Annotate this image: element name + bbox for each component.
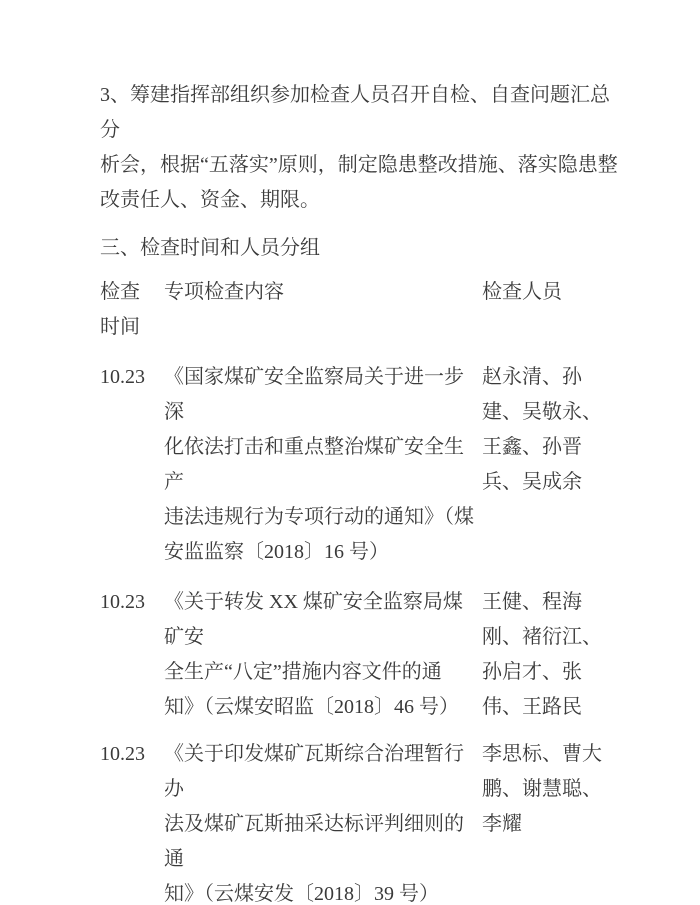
cell-time: 10.23 [100, 585, 164, 620]
document-page: 3、筹建指挥部组织参加检查人员召开自检、自查问题汇总分 析会，根据“五落实”原则… [0, 0, 700, 905]
table-row: 10.23 《国家煤矿安全监察局关于进一步深 化依法打击和重点整治煤矿安全生产 … [100, 360, 620, 570]
cell-personnel: 李思标、曹大 鹏、谢慧聪、 李耀 [482, 737, 620, 842]
table-row: 10.23 《关于印发煤矿瓦斯综合治理暂行办 法及煤矿瓦斯抽采达标评判细则的通 … [100, 737, 620, 905]
table-header-row: 检查 时间 专项检查内容 检查人员 [100, 275, 620, 345]
paragraph-item-3: 3、筹建指挥部组织参加检查人员召开自检、自查问题汇总分 析会，根据“五落实”原则… [100, 78, 622, 218]
header-cell-personnel: 检查人员 [482, 275, 620, 310]
cell-content: 《关于印发煤矿瓦斯综合治理暂行办 法及煤矿瓦斯抽采达标评判细则的通 知》（云煤安… [164, 737, 482, 905]
cell-personnel: 赵永清、孙 建、吴敬永、 王鑫、孙晋 兵、吴成余 [482, 360, 620, 500]
header-cell-content: 专项检查内容 [164, 275, 482, 310]
cell-time: 10.23 [100, 360, 164, 395]
table-row: 10.23 《关于转发 XX 煤矿安全监察局煤矿安 全生产“八定”措施内容文件的… [100, 585, 620, 725]
section-heading: 三、检查时间和人员分组 [100, 231, 620, 266]
schedule-table: 检查 时间 专项检查内容 检查人员 10.23 《国家煤矿安全监察局关于进一步深… [100, 275, 620, 905]
cell-time: 10.23 [100, 737, 164, 772]
cell-personnel: 王健、程海 刚、褚衍江、 孙启才、张 伟、王路民 [482, 585, 620, 725]
header-cell-time: 检查 时间 [100, 275, 164, 345]
cell-content: 《关于转发 XX 煤矿安全监察局煤矿安 全生产“八定”措施内容文件的通 知》（云… [164, 585, 482, 725]
cell-content: 《国家煤矿安全监察局关于进一步深 化依法打击和重点整治煤矿安全生产 违法违规行为… [164, 360, 482, 570]
